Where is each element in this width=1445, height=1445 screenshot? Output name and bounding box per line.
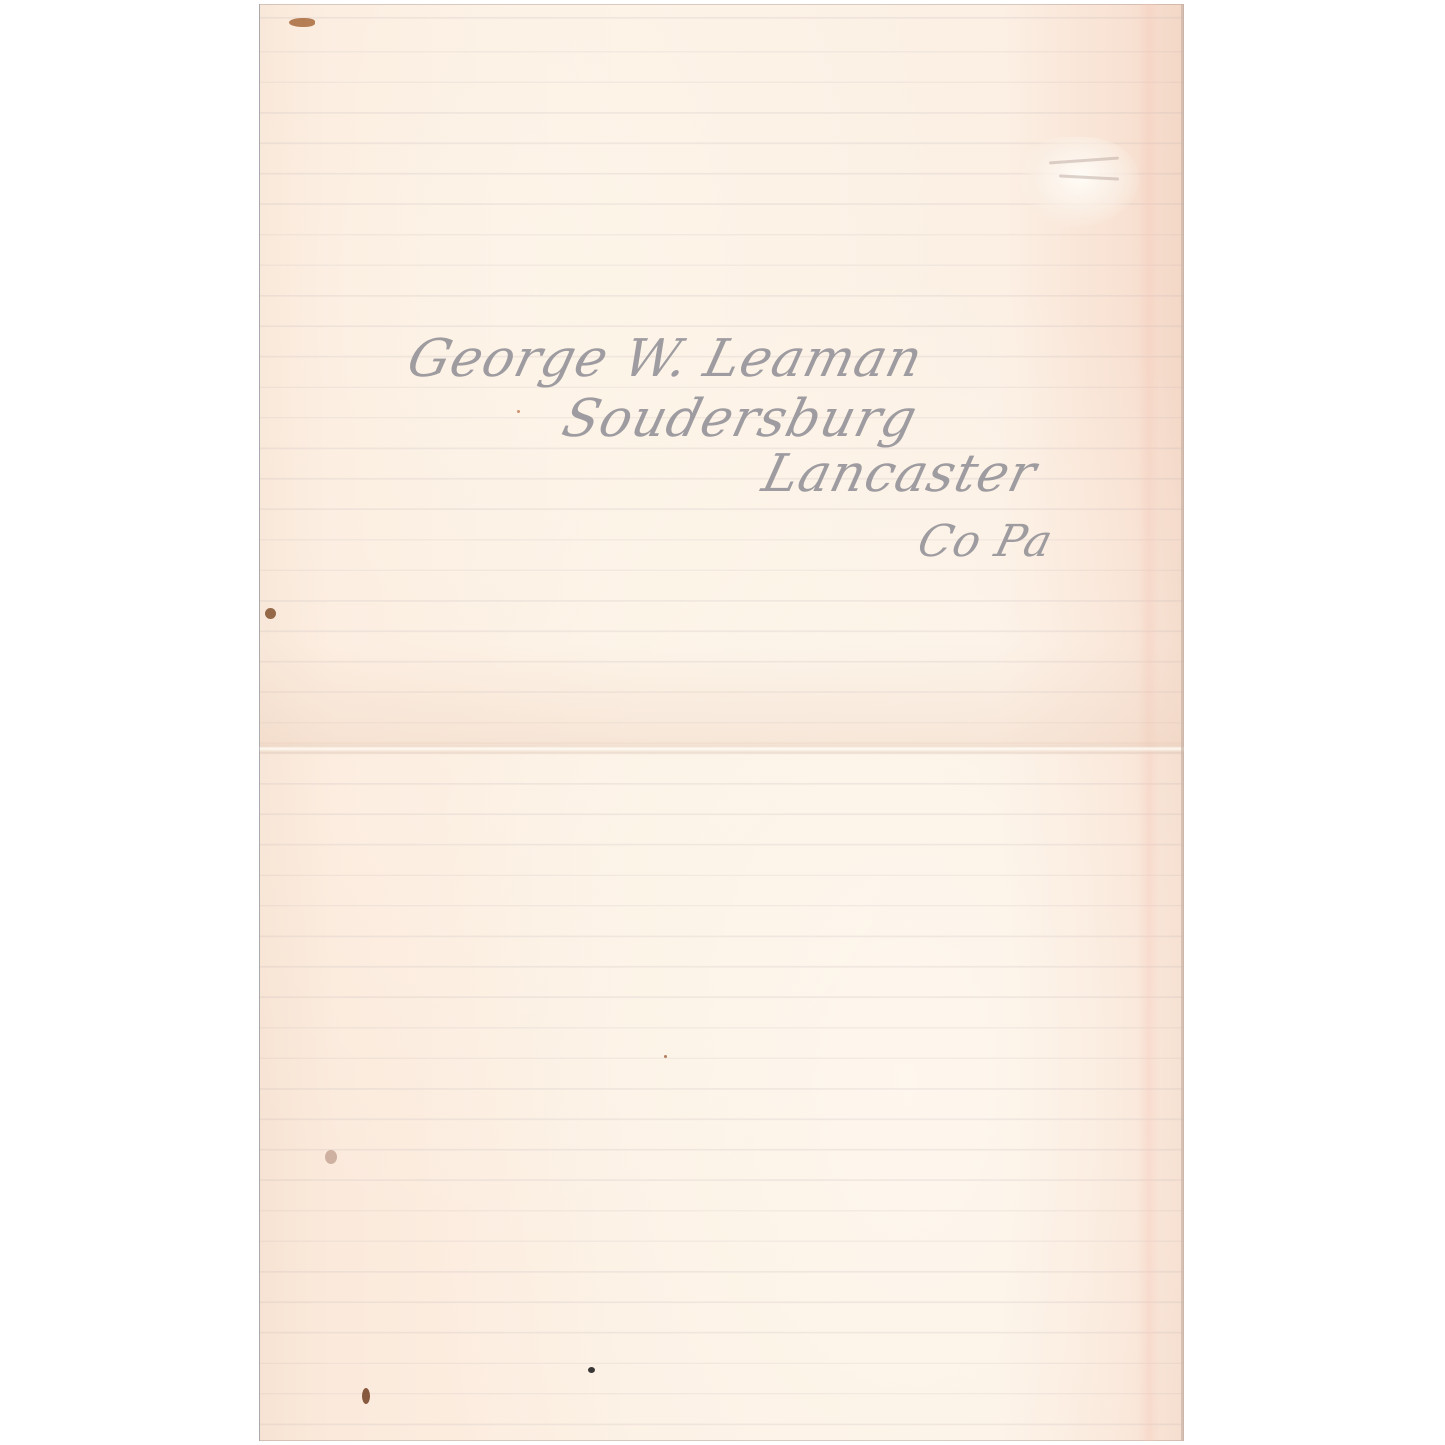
ink-speck bbox=[517, 410, 520, 413]
fold-shadow bbox=[259, 644, 1184, 744]
paper-right-edge bbox=[1181, 4, 1184, 1441]
paper-left-edge bbox=[259, 4, 260, 1441]
ink-speck bbox=[588, 1367, 595, 1373]
fold-crease bbox=[259, 741, 1184, 755]
ink-speck bbox=[664, 1055, 667, 1058]
stain-spot bbox=[362, 1388, 370, 1404]
stain-spot bbox=[325, 1150, 337, 1164]
stain-spot bbox=[265, 608, 276, 619]
letter-sheet: George W. Leaman Soudersburg Lancaster C… bbox=[259, 4, 1184, 1441]
stain-spot bbox=[289, 18, 315, 27]
